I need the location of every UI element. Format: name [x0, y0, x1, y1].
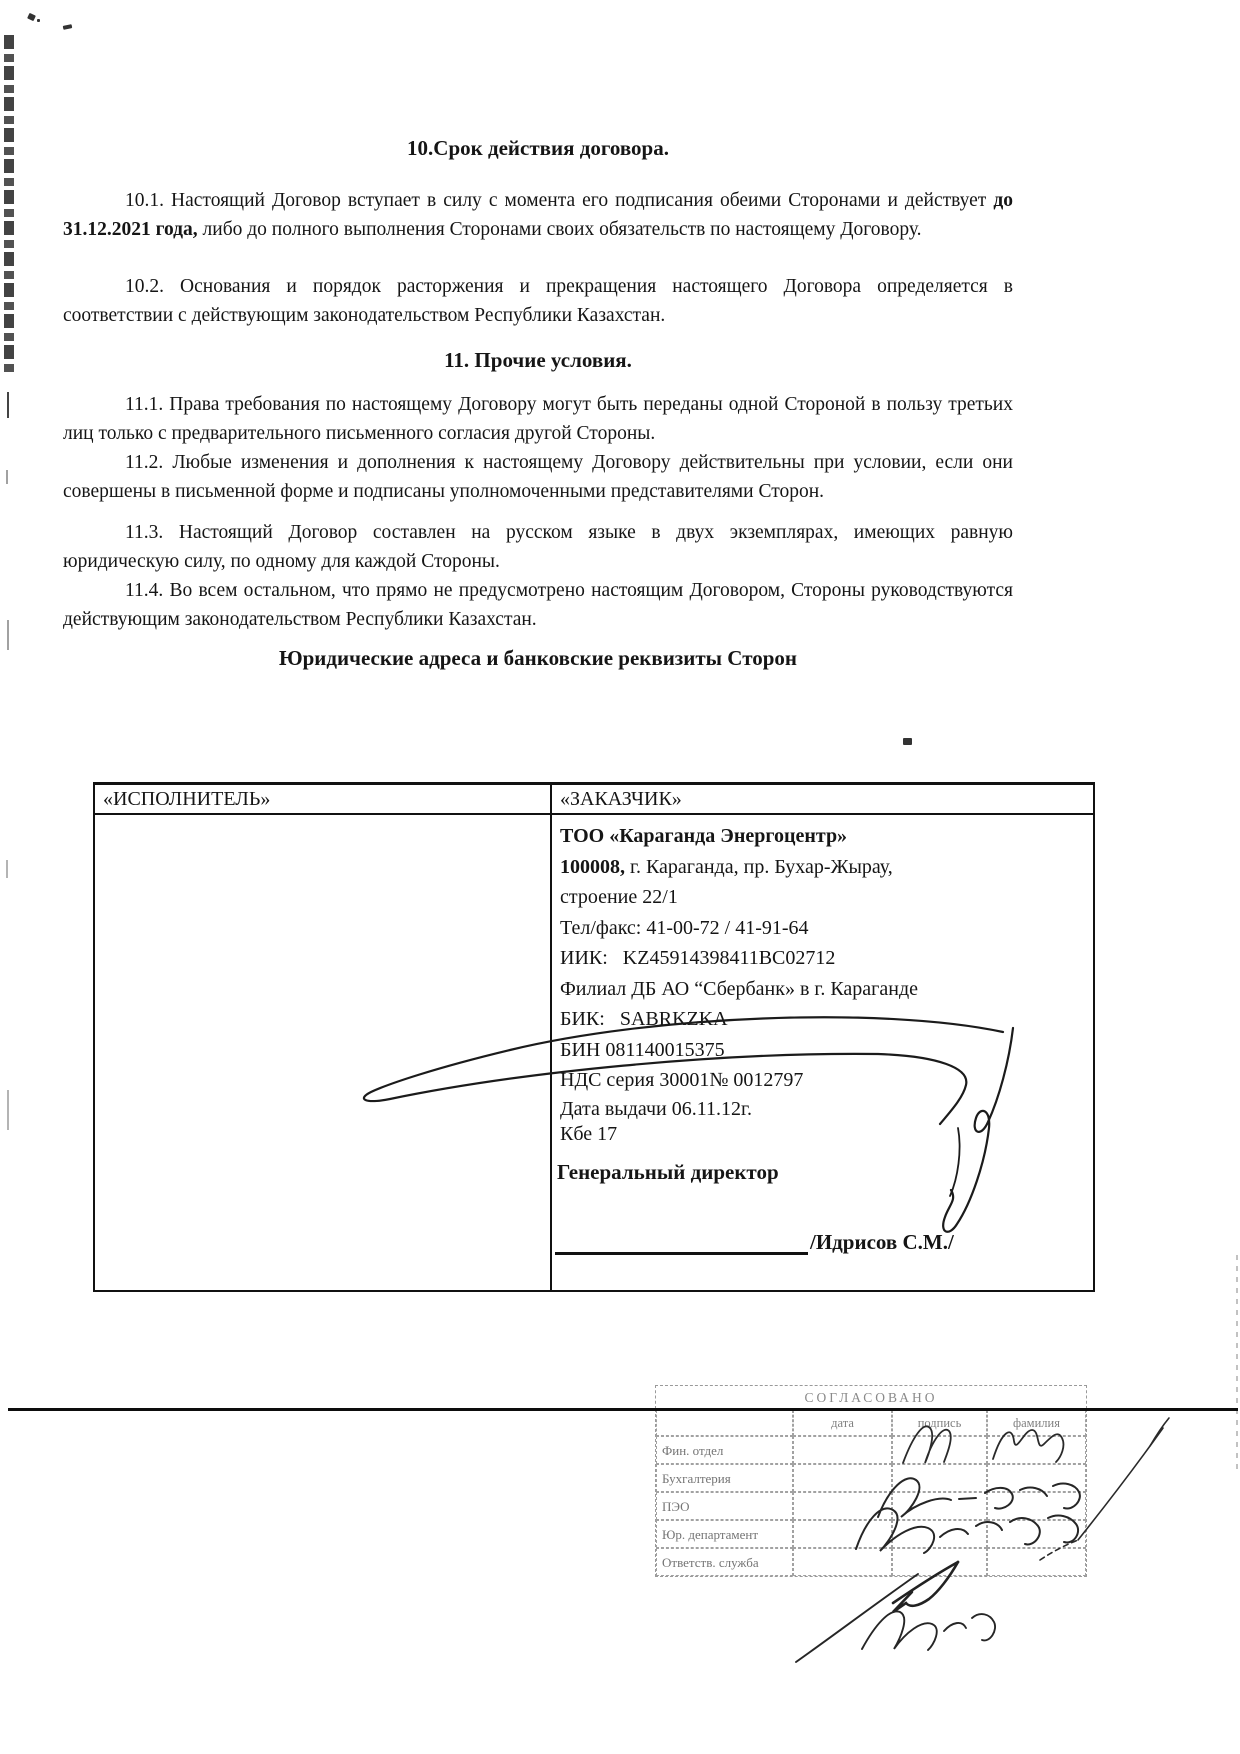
scanned-contract-page: 10.Срок действия договора. 10.1. Настоящ… — [0, 0, 1240, 1754]
scan-speck — [37, 19, 40, 22]
requisites-heading: Юридические адреса и банковские реквизит… — [63, 646, 1013, 671]
approval-title: СОГЛАСОВАНО — [655, 1385, 1087, 1409]
director-title: Генеральный директор — [557, 1160, 779, 1185]
approval-corner-cell — [656, 1410, 793, 1436]
approval-signature-cell — [892, 1492, 987, 1520]
clause-10-1-text-end: либо до полного выполнения Сторонами сво… — [198, 219, 922, 240]
approval-date-cell — [793, 1548, 892, 1576]
bank-branch: Филиал ДБ АО “Сбербанк» в г. Караганде — [560, 974, 1087, 1005]
approval-date-cell — [793, 1520, 892, 1548]
approval-signature-cell — [892, 1548, 987, 1576]
scan-edge-dash — [7, 1090, 9, 1130]
approval-surname-cell — [987, 1548, 1086, 1576]
company-address: 100008, г. Караганда, пр. Бухар-Жырау, — [560, 852, 1087, 883]
scan-speck — [63, 24, 73, 30]
scan-edge-artifact — [4, 35, 14, 375]
bottom-surname-signature — [796, 1574, 995, 1662]
clause-11-1: 11.1. Права требования по настоящему Дог… — [63, 390, 1013, 448]
kbe-code: Кбе 17 — [560, 1122, 1087, 1146]
clause-11-4: 11.4. Во всем остальном, что прямо не пр… — [63, 576, 1013, 634]
approval-col-surname: фамилия — [987, 1410, 1086, 1436]
approval-surname-cell — [987, 1520, 1086, 1548]
approval-row-label: Ответств. служба — [656, 1548, 793, 1576]
iik-account: ИИК: KZ45914398411BC02712 — [560, 943, 1087, 974]
clause-11-2: 11.2. Любые изменения и дополнения к нас… — [63, 448, 1013, 506]
company-address-line2: строение 22/1 — [560, 882, 1087, 913]
approval-signature-cell — [892, 1436, 987, 1464]
approval-row-label: Бухгалтерия — [656, 1464, 793, 1492]
scan-edge-dash — [7, 392, 9, 418]
executor-cell-empty — [95, 815, 552, 1291]
nds-series: НДС серия 30001№ 0012797 — [560, 1065, 1087, 1096]
approval-table: СОГЛАСОВАНО дата подпись фамилия Фин. от… — [655, 1385, 1087, 1577]
requisites-table: «ИСПОЛНИТЕЛЬ» «ЗАКАЗЧИК» ТОО «Караганда … — [93, 782, 1095, 1292]
scan-speck — [903, 738, 912, 745]
requisites-table-header: «ИСПОЛНИТЕЛЬ» «ЗАКАЗЧИК» — [95, 785, 1093, 815]
clause-11-3: 11.3. Настоящий Договор составлен на рус… — [63, 518, 1013, 576]
director-signature-row: /Идрисов С.М./ — [555, 1228, 1075, 1255]
approval-row-label: ПЭО — [656, 1492, 793, 1520]
approval-col-signature: подпись — [892, 1410, 987, 1436]
section-11-heading: 11. Прочие условия. — [63, 348, 1013, 373]
customer-details-cell: ТОО «Караганда Энергоцентр» 100008, г. К… — [552, 815, 1093, 1291]
approval-col-date: дата — [793, 1410, 892, 1436]
approval-date-cell — [793, 1436, 892, 1464]
clause-10-2: 10.2. Основания и порядок расторжения и … — [63, 272, 1013, 330]
executor-header-cell: «ИСПОЛНИТЕЛЬ» — [95, 785, 552, 813]
customer-header-cell: «ЗАКАЗЧИК» — [552, 785, 1093, 813]
phone-fax: Тел/факс: 41-00-72 / 41-91-64 — [560, 913, 1087, 944]
scan-edge-dash — [6, 860, 8, 878]
bik-code: БИК: SABRKZKA — [560, 1004, 1087, 1035]
approval-row-label: Юр. департамент — [656, 1520, 793, 1548]
scan-edge-dash — [6, 470, 8, 484]
company-name: ТОО «Караганда Энергоцентр» — [560, 821, 1087, 852]
issue-date: Дата выдачи 06.11.12г. — [560, 1096, 1087, 1122]
approval-date-cell — [793, 1492, 892, 1520]
bin-number: БИН 081140015375 — [560, 1035, 1087, 1066]
approval-surname-cell — [987, 1464, 1086, 1492]
scan-edge-dash — [7, 620, 9, 650]
approval-surname-cell — [987, 1436, 1086, 1464]
approval-signature-cell — [892, 1464, 987, 1492]
approval-surname-cell — [987, 1492, 1086, 1520]
scan-speck — [27, 13, 36, 21]
scan-page-edge — [1236, 1255, 1238, 1470]
clause-10-1: 10.1. Настоящий Договор вступает в силу … — [63, 186, 1013, 244]
signature-line — [555, 1228, 808, 1255]
approval-date-cell — [793, 1464, 892, 1492]
director-name: /Идрисов С.М./ — [810, 1230, 954, 1254]
horizontal-rule — [8, 1408, 1238, 1411]
approval-row-label: Фин. отдел — [656, 1436, 793, 1464]
clause-10-1-text: 10.1. Настоящий Договор вступает в силу … — [125, 190, 993, 211]
approval-signature-cell — [892, 1520, 987, 1548]
section-10-heading: 10.Срок действия договора. — [63, 136, 1013, 161]
